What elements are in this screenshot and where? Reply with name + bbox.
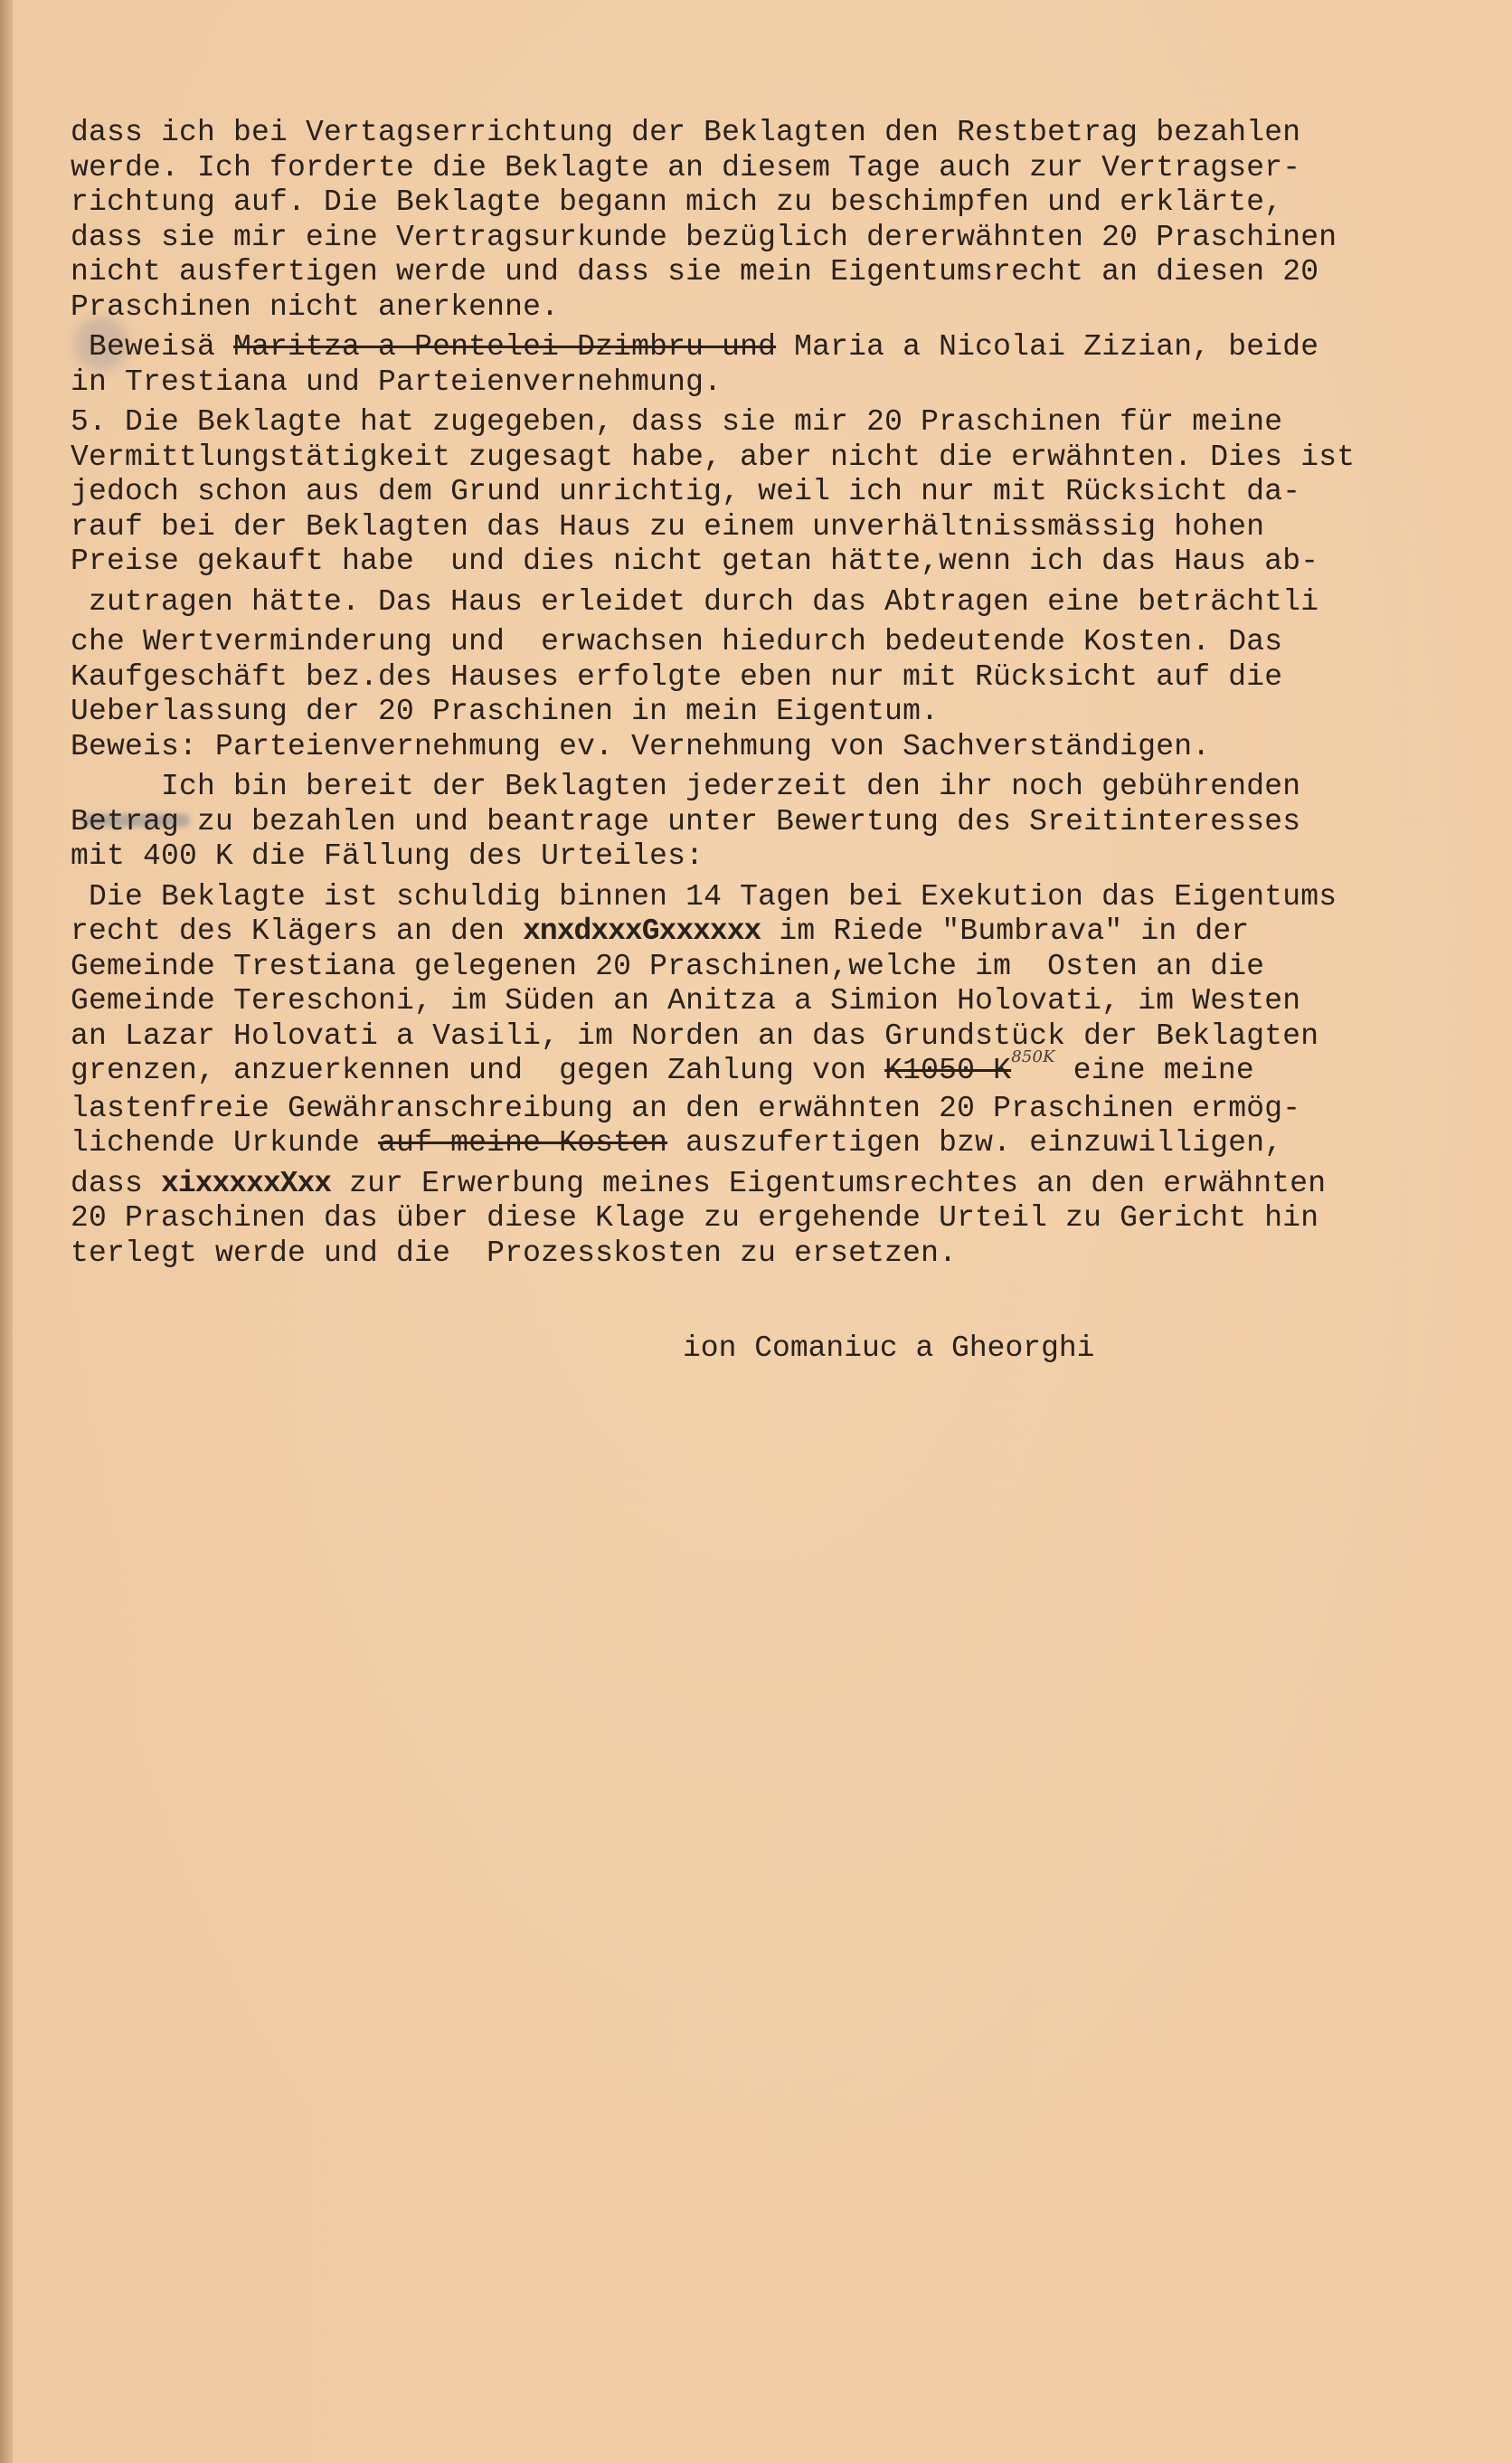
text-line: Beweis: Parteienvernehmung ev. Vernehmun… <box>71 730 1481 765</box>
text-line: an Lazar Holovati a Vasili, im Norden an… <box>71 1019 1481 1055</box>
text-line: dass sie mir eine Vertragsurkunde bezügl… <box>71 221 1481 256</box>
xed-out-text: xixxxxxXxx <box>161 1167 331 1200</box>
signature: ion Comaniuc a Gheorghi <box>683 1331 1094 1365</box>
text-span: im Riede "Bumbrava" in der <box>761 914 1249 948</box>
text-span: zur Erwerbung meines Eigentumsrechtes an… <box>331 1167 1326 1200</box>
text-line: dass xixxxxxXxx zur Erwerbung meines Eig… <box>71 1167 1481 1202</box>
struck-text: auf meine Kosten <box>378 1126 667 1160</box>
text-line: terlegt werde und die Prozesskosten zu e… <box>71 1236 1481 1272</box>
text-line: in Trestiana und Parteienvernehmung. <box>71 365 1481 401</box>
text-line: che Wertverminderung und erwachsen hiedu… <box>71 625 1481 660</box>
text-line: mit 400 K die Fällung des Urteiles: <box>71 839 1481 875</box>
evidence-prefix: Beweisä <box>71 330 233 364</box>
text-line: Vermittlungstätigkeit zugesagt habe, abe… <box>71 440 1481 476</box>
xed-out-text: xnxdxxxGxxxxxx <box>523 914 761 948</box>
text-line: rauf bei der Beklagten das Haus zu einem… <box>71 510 1481 545</box>
paragraph-contract-refusal: dass ich bei Vertagserrichtung der Bekla… <box>71 116 1481 325</box>
text-line: 5. Die Beklagte hat zugegeben, dass sie … <box>71 405 1481 440</box>
text-line: lichende Urkunde auf meine Kosten auszuf… <box>71 1126 1481 1161</box>
text-line: zutragen hätte. Das Haus erleidet durch … <box>71 585 1481 620</box>
text-span: auszufertigen bzw. einzuwilligen, <box>667 1126 1282 1160</box>
text-line: Die Beklagte ist schuldig binnen 14 Tage… <box>71 880 1481 915</box>
text-span: grenzen, anzuerkennen und gegen Zahlung … <box>71 1054 884 1087</box>
paragraph-judgment: Die Beklagte ist schuldig binnen 14 Tage… <box>71 880 1481 1272</box>
evidence-witness: Maria a Nicolai Zizian, beide <box>776 330 1318 364</box>
text-line: 20 Praschinen das über diese Klage zu er… <box>71 1201 1481 1236</box>
text-line: recht des Klägers an den xnxdxxxGxxxxxx … <box>71 914 1481 950</box>
text-line: grenzen, anzuerkennen und gegen Zahlung … <box>71 1054 1481 1092</box>
text-span: lichende Urkunde <box>71 1126 378 1160</box>
paragraph-point-5: 5. Die Beklagte hat zugegeben, dass sie … <box>71 405 1481 764</box>
text-line: Ueberlassung der 20 Praschinen in mein E… <box>71 695 1481 730</box>
text-line: Kaufgeschäft bez.des Hauses erfolgte ebe… <box>71 660 1481 696</box>
struck-text: Maritza a Pentelei Dzimbru und <box>233 330 776 364</box>
handwritten-amount: 850K <box>1011 1047 1055 1066</box>
evidence-line-2: in Trestiana und Parteienvernehmung. <box>71 365 722 399</box>
text-line: Preise gekauft habe und dies nicht getan… <box>71 545 1481 580</box>
text-line: Praschinen nicht anerkenne. <box>71 290 1481 326</box>
text-line: jedoch schon aus dem Grund unrichtig, we… <box>71 475 1481 510</box>
text-line: lastenfreie Gewähranschreibung an den er… <box>71 1092 1481 1127</box>
paragraph-evidence-witnesses: Beweisä Maritza a Pentelei Dzimbru und M… <box>71 330 1481 400</box>
text-span: recht des Klägers an den <box>71 914 523 948</box>
text-line: Ich bin bereit der Beklagten jederzeit d… <box>71 770 1481 805</box>
text-line: Gemeinde Trestiana gelegenen 20 Praschin… <box>71 950 1481 985</box>
text-span: dass <box>71 1167 161 1200</box>
paragraph-request: Ich bin bereit der Beklagten jederzeit d… <box>71 770 1481 875</box>
text-line: richtung auf. Die Beklagte begann mich z… <box>71 185 1481 221</box>
text-line: Betrag zu bezahlen und beantrage unter B… <box>71 805 1481 840</box>
text-span: eine meine <box>1055 1054 1254 1087</box>
text-line: dass ich bei Vertagserrichtung der Bekla… <box>71 116 1481 151</box>
struck-amount: K1050 K <box>884 1054 1011 1087</box>
document-body: dass ich bei Vertagserrichtung der Bekla… <box>71 116 1481 1271</box>
text-line: nicht ausfertigen werde und dass sie mei… <box>71 255 1481 290</box>
paper-left-edge <box>0 0 13 2463</box>
text-line: Gemeinde Tereschoni, im Süden an Anitza … <box>71 984 1481 1019</box>
text-line: Beweisä Maritza a Pentelei Dzimbru und M… <box>71 330 1481 365</box>
text-line: werde. Ich forderte die Beklagte an dies… <box>71 151 1481 186</box>
